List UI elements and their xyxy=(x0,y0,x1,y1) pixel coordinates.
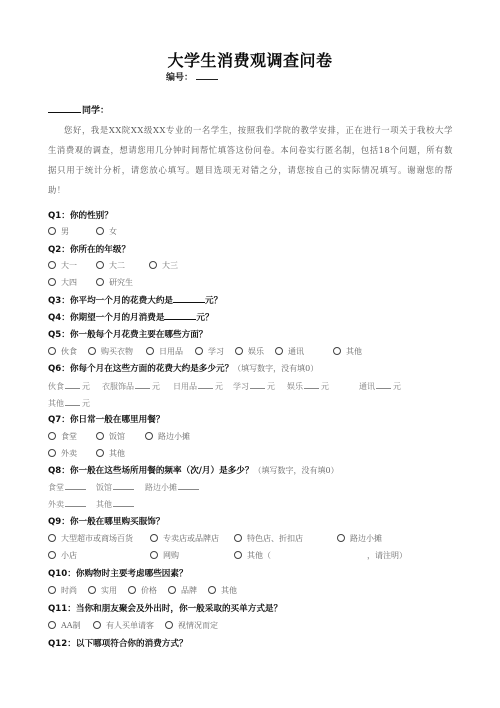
radio-icon[interactable] xyxy=(168,586,176,594)
q5-option[interactable]: 其他 xyxy=(333,346,362,357)
question-q3: Q3：你平均一个月的花费大约是元？ xyxy=(48,294,222,306)
name-blank[interactable] xyxy=(48,104,81,113)
q10-option[interactable]: 时尚 xyxy=(48,585,77,596)
q10-option[interactable]: 品牌 xyxy=(168,585,197,596)
q5-option[interactable]: 学习 xyxy=(195,346,224,357)
q11-option[interactable]: 有人买单请客 xyxy=(93,620,154,631)
q2-option[interactable]: 大四 xyxy=(48,277,77,288)
radio-icon[interactable] xyxy=(96,261,104,269)
radio-icon[interactable] xyxy=(235,347,243,355)
q7-option[interactable]: 食堂 xyxy=(48,431,77,442)
radio-icon[interactable] xyxy=(48,586,56,594)
q1-option[interactable]: 女 xyxy=(96,226,117,237)
radio-icon[interactable] xyxy=(88,586,96,594)
q8-item: 食堂 xyxy=(48,481,88,493)
serial-number-field: 编号： xyxy=(166,70,218,83)
radio-icon[interactable] xyxy=(96,278,104,286)
radio-icon[interactable] xyxy=(48,621,56,629)
question-q6: Q6：你每个月在这些方面的花费大约是多少元？（填写数字，没有填0） xyxy=(48,362,318,374)
q6-item: 衣服饰品元 xyxy=(102,380,160,392)
q9-option-other[interactable]: 其他（ xyxy=(234,550,271,561)
q6-item: 学习元 xyxy=(233,380,275,392)
question-q12: Q12：以下哪项符合你的消费方式？ xyxy=(48,637,188,649)
q6-item: 娱乐元 xyxy=(287,380,329,392)
q11-option[interactable]: AA制 xyxy=(48,620,81,631)
q5-option[interactable]: 通讯 xyxy=(275,346,304,357)
radio-icon[interactable] xyxy=(150,551,158,559)
q9-option[interactable]: 大型超市或商场百货 xyxy=(48,533,133,544)
question-q1: Q1：你的性别？ xyxy=(48,209,113,221)
radio-icon[interactable] xyxy=(146,347,154,355)
radio-icon[interactable] xyxy=(208,586,216,594)
question-q5: Q5：你一般每个月花费主要在哪些方面？ xyxy=(48,328,207,340)
radio-icon[interactable] xyxy=(48,449,56,457)
q6-blank[interactable] xyxy=(304,380,319,389)
q7-option[interactable]: 外卖 xyxy=(48,448,77,459)
q10-option[interactable]: 价格 xyxy=(128,585,157,596)
q6-item: 伙食元 xyxy=(48,380,90,392)
radio-icon[interactable] xyxy=(149,261,157,269)
radio-icon[interactable] xyxy=(234,551,242,559)
page-title: 大学生消费观调查问卷 xyxy=(0,48,500,71)
intro-paragraph: 您好，我是XX院XX级XX专业的一名学生，按照我们学院的教学安排，正在进行一项关… xyxy=(48,120,453,200)
radio-icon[interactable] xyxy=(96,432,104,440)
q2-option[interactable]: 大二 xyxy=(96,260,125,271)
q1-option[interactable]: 男 xyxy=(48,226,69,237)
question-q9: Q9：你一般在哪里购买服饰？ xyxy=(48,515,164,527)
q10-option[interactable]: 其他 xyxy=(208,585,237,596)
q2-option[interactable]: 大三 xyxy=(149,260,178,271)
radio-icon[interactable] xyxy=(88,347,96,355)
radio-icon[interactable] xyxy=(48,278,56,286)
q7-option[interactable]: 其他 xyxy=(96,448,125,459)
q8-item: 外卖 xyxy=(48,498,88,510)
q6-blank[interactable] xyxy=(65,380,80,389)
question-q2: Q2：你所在的年级？ xyxy=(48,243,130,255)
q9-option[interactable]: 特色店、折扣店 xyxy=(234,533,303,544)
q6-item: 其他元 xyxy=(48,397,90,409)
q8-blank[interactable] xyxy=(65,498,86,507)
q10-option[interactable]: 实用 xyxy=(88,585,117,596)
q11-option[interactable]: 视情况而定 xyxy=(165,620,218,631)
radio-icon[interactable] xyxy=(48,261,56,269)
radio-icon[interactable] xyxy=(48,432,56,440)
radio-icon[interactable] xyxy=(234,534,242,542)
q7-option[interactable]: 饭馆 xyxy=(96,431,125,442)
question-q7: Q7：你日常一般在哪里用餐？ xyxy=(48,413,164,425)
radio-icon[interactable] xyxy=(96,449,104,457)
radio-icon[interactable] xyxy=(128,586,136,594)
q8-blank[interactable] xyxy=(113,481,134,490)
q6-blank[interactable] xyxy=(376,380,391,389)
serial-blank[interactable] xyxy=(196,70,218,80)
greeting: 同学： xyxy=(48,103,109,116)
radio-icon[interactable] xyxy=(48,534,56,542)
q3-amount-blank[interactable] xyxy=(173,294,205,303)
q9-option[interactable]: 网购 xyxy=(150,550,179,561)
q2-option[interactable]: 研究生 xyxy=(96,277,133,288)
q8-blank[interactable] xyxy=(113,498,134,507)
q8-item: 其他 xyxy=(96,498,136,510)
question-q8: Q8：你一般在这些场所用餐的频率（次/月）是多少？（填写数字，没有填0） xyxy=(48,464,339,476)
radio-icon[interactable] xyxy=(48,227,56,235)
radio-icon[interactable] xyxy=(333,347,341,355)
serial-label: 编号： xyxy=(166,73,193,83)
q9-option[interactable]: 专卖店或品牌店 xyxy=(150,533,219,544)
q5-option[interactable]: 日用品 xyxy=(146,346,183,357)
radio-icon[interactable] xyxy=(337,534,345,542)
q6-item: 通讯元 xyxy=(359,380,401,392)
q8-item: 路边小摊 xyxy=(145,481,201,493)
question-q11: Q11：当你和朋友聚会及外出时，你一般采取的买单方式是？ xyxy=(48,602,282,614)
radio-icon[interactable] xyxy=(150,534,158,542)
q6-blank[interactable] xyxy=(135,380,150,389)
q9-other-note: ，请注明） xyxy=(367,550,407,561)
radio-icon[interactable] xyxy=(48,551,56,559)
q9-option[interactable]: 小店 xyxy=(48,550,77,561)
greeting-suffix: 同学： xyxy=(82,106,109,116)
radio-icon[interactable] xyxy=(145,432,153,440)
q8-blank[interactable] xyxy=(178,481,199,490)
q2-option[interactable]: 大一 xyxy=(48,260,77,271)
q6-blank[interactable] xyxy=(250,380,265,389)
q8-blank[interactable] xyxy=(65,481,86,490)
q4-amount-blank[interactable] xyxy=(164,311,196,320)
question-q4: Q4：你期望一个月的月消费是元？ xyxy=(48,311,214,323)
radio-icon[interactable] xyxy=(275,347,283,355)
q7-option[interactable]: 路边小摊 xyxy=(145,431,190,442)
radio-icon[interactable] xyxy=(165,621,173,629)
radio-icon[interactable] xyxy=(96,227,104,235)
q9-option[interactable]: 路边小摊 xyxy=(337,533,382,544)
q8-item: 饭馆 xyxy=(96,481,136,493)
q5-option[interactable]: 娱乐 xyxy=(235,346,264,357)
radio-icon[interactable] xyxy=(93,621,101,629)
q6-item: 日用品元 xyxy=(173,380,223,392)
q5-option[interactable]: 伙食 xyxy=(48,346,77,357)
question-q10: Q10：你购物时主要考虑哪些因素？ xyxy=(48,567,188,579)
q6-blank[interactable] xyxy=(65,397,80,406)
radio-icon[interactable] xyxy=(48,347,56,355)
q5-option[interactable]: 购买衣物 xyxy=(88,346,133,357)
q6-blank[interactable] xyxy=(198,380,213,389)
radio-icon[interactable] xyxy=(195,347,203,355)
